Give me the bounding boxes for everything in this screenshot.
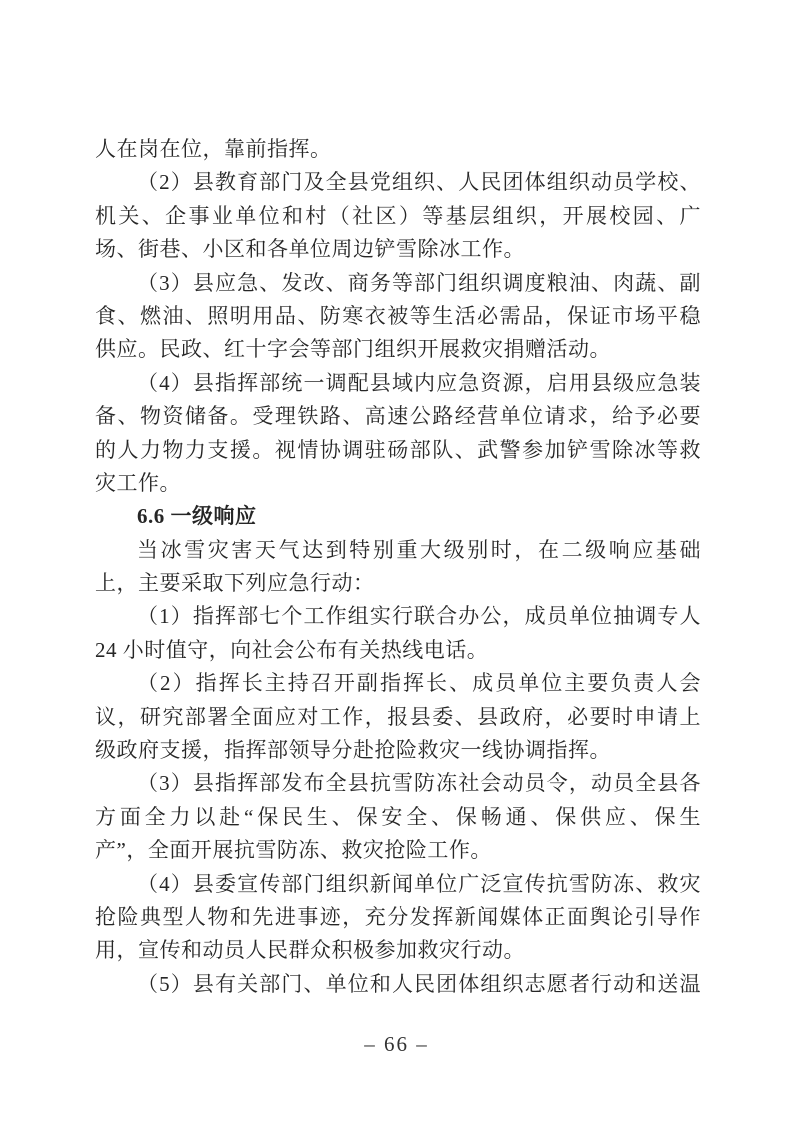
text-line: 当冰雪灾害天气达到特别重大级别时，在二级响应基础 xyxy=(95,534,701,567)
text-line: 抢险典型人物和先进事迹，充分发挥新闻媒体正面舆论引导作 xyxy=(95,901,701,934)
text-line: 食、燃油、照明用品、防寒衣被等生活必需品，保证市场平稳 xyxy=(95,300,701,333)
text-line: 议，研究部署全面应对工作，报县委、县政府，必要时申请上 xyxy=(95,701,701,734)
text-line: 用，宣传和动员人民群众积极参加救灾行动。 xyxy=(95,934,701,967)
section-heading: 6.6 一级响应 xyxy=(95,500,701,533)
text-line: （2）指挥长主持召开副指挥长、成员单位主要负责人会 xyxy=(95,667,701,700)
text-line: 机关、企事业单位和村（社区）等基层组织，开展校园、广 xyxy=(95,200,701,233)
text-line: 人在岗在位，靠前指挥。 xyxy=(95,133,701,166)
text-line: 供应。民政、红十字会等部门组织开展救灾捐赠活动。 xyxy=(95,333,701,366)
text-line: 灾工作。 xyxy=(95,467,701,500)
text-line: 场、街巷、小区和各单位周边铲雪除冰工作。 xyxy=(95,233,701,266)
text-line: 产”，全面开展抗雪防冻、救灾抢险工作。 xyxy=(95,834,701,867)
text-line: 24 小时值守，向社会公布有关热线电话。 xyxy=(95,634,701,667)
text-line: 级政府支援，指挥部领导分赴抢险救灾一线协调指挥。 xyxy=(95,734,701,767)
text-line: 上，主要采取下列应急行动： xyxy=(95,567,701,600)
page-footer: – 66 – xyxy=(0,1031,793,1057)
document-page: 人在岗在位，靠前指挥。（2）县教育部门及全县党组织、人民团体组织动员学校、机关、… xyxy=(0,0,793,1122)
text-line: 的人力物力支援。视情协调驻砀部队、武警参加铲雪除冰等救 xyxy=(95,434,701,467)
text-line: （3）县指挥部发布全县抗雪防冻社会动员令，动员全县各 xyxy=(95,767,701,800)
text-line: （2）县教育部门及全县党组织、人民团体组织动员学校、 xyxy=(95,166,701,199)
text-line: 方面全力以赴“保民生、保安全、保畅通、保供应、保生 xyxy=(95,801,701,834)
text-line: （4）县指挥部统一调配县域内应急资源，启用县级应急装 xyxy=(95,367,701,400)
text-line: 备、物资储备。受理铁路、高速公路经营单位请求，给予必要 xyxy=(95,400,701,433)
page-number: – 66 – xyxy=(364,1032,429,1056)
text-line: （4）县委宣传部门组织新闻单位广泛宣传抗雪防冻、救灾 xyxy=(95,868,701,901)
text-line: （3）县应急、发改、商务等部门组织调度粮油、肉蔬、副 xyxy=(95,267,701,300)
document-body: 人在岗在位，靠前指挥。（2）县教育部门及全县党组织、人民团体组织动员学校、机关、… xyxy=(95,133,701,1001)
text-line: （1）指挥部七个工作组实行联合办公，成员单位抽调专人 xyxy=(95,600,701,633)
text-line: （5）县有关部门、单位和人民团体组织志愿者行动和送温 xyxy=(95,968,701,1001)
